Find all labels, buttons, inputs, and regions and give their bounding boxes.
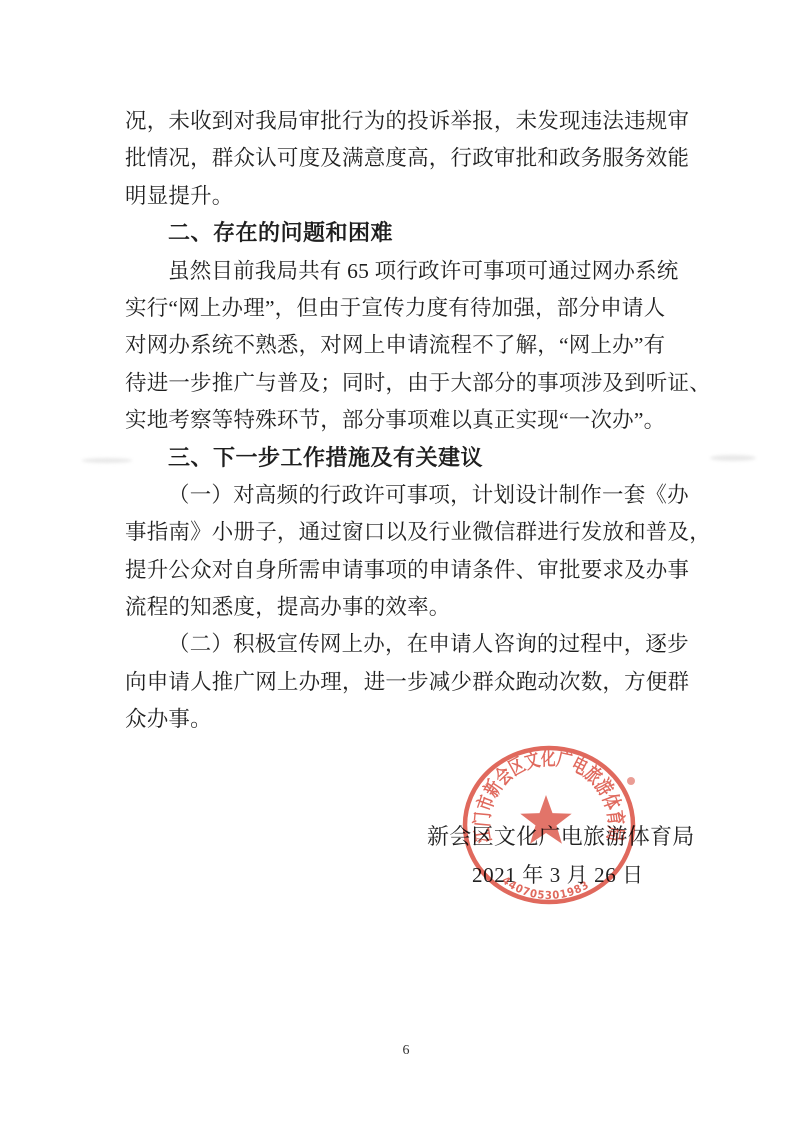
signature-agency: 新会区文化广电旅游体育局 bbox=[427, 820, 695, 851]
signature-date: 2021 年 3 月 26 日 bbox=[472, 859, 644, 889]
scan-artifact bbox=[82, 458, 132, 463]
body-line: 况，未收到对我局审批行为的投诉举报，未发现违法违规审 bbox=[125, 103, 725, 140]
body-line: 虽然目前我局共有 65 项行政许可事项可通过网办系统 bbox=[125, 253, 725, 290]
ink-dot bbox=[627, 777, 635, 785]
section-heading-3: 三、下一步工作措施及有关建议 bbox=[125, 440, 725, 477]
page-number: 6 bbox=[396, 1043, 416, 1059]
document-page: 况，未收到对我局审批行为的投诉举报，未发现违法违规审 批情况，群众认可度及满意度… bbox=[0, 0, 800, 1131]
body-line: 批情况，群众认可度及满意度高，行政审批和政务服务效能 bbox=[125, 140, 725, 177]
body-line: 提升公众对自身所需申请事项的申请条件、审批要求及办事 bbox=[125, 552, 725, 589]
body-line: 对网办系统不熟悉，对网上申请流程不了解，“网上办”有 bbox=[125, 327, 725, 364]
body-line: 待进一步推广与普及；同时，由于大部分的事项涉及到听证、 bbox=[125, 365, 725, 402]
body-line: 实地考察等特殊环节，部分事项难以真正实现“一次办”。 bbox=[125, 402, 725, 439]
scan-artifact bbox=[710, 455, 756, 461]
body-line: 事指南》小册子，通过窗口以及行业微信群进行发放和普及， bbox=[125, 514, 725, 551]
body-line: 明显提升。 bbox=[125, 178, 725, 215]
document-body: 况，未收到对我局审批行为的投诉举报，未发现违法违规审 批情况，群众认可度及满意度… bbox=[125, 103, 725, 739]
body-line: 众办事。 bbox=[125, 701, 725, 738]
body-line: 向申请人推广网上办理，进一步减少群众跑动次数，方便群 bbox=[125, 664, 725, 701]
section-heading-2: 二、存在的问题和困难 bbox=[125, 215, 725, 252]
body-line: （二）积极宣传网上办，在申请人咨询的过程中，逐步 bbox=[125, 626, 725, 663]
body-line: （一）对高频的行政许可事项，计划设计制作一套《办 bbox=[125, 477, 725, 514]
body-line: 实行“网上办理”，但由于宣传力度有待加强，部分申请人 bbox=[125, 290, 725, 327]
body-line: 流程的知悉度，提高办事的效率。 bbox=[125, 589, 725, 626]
